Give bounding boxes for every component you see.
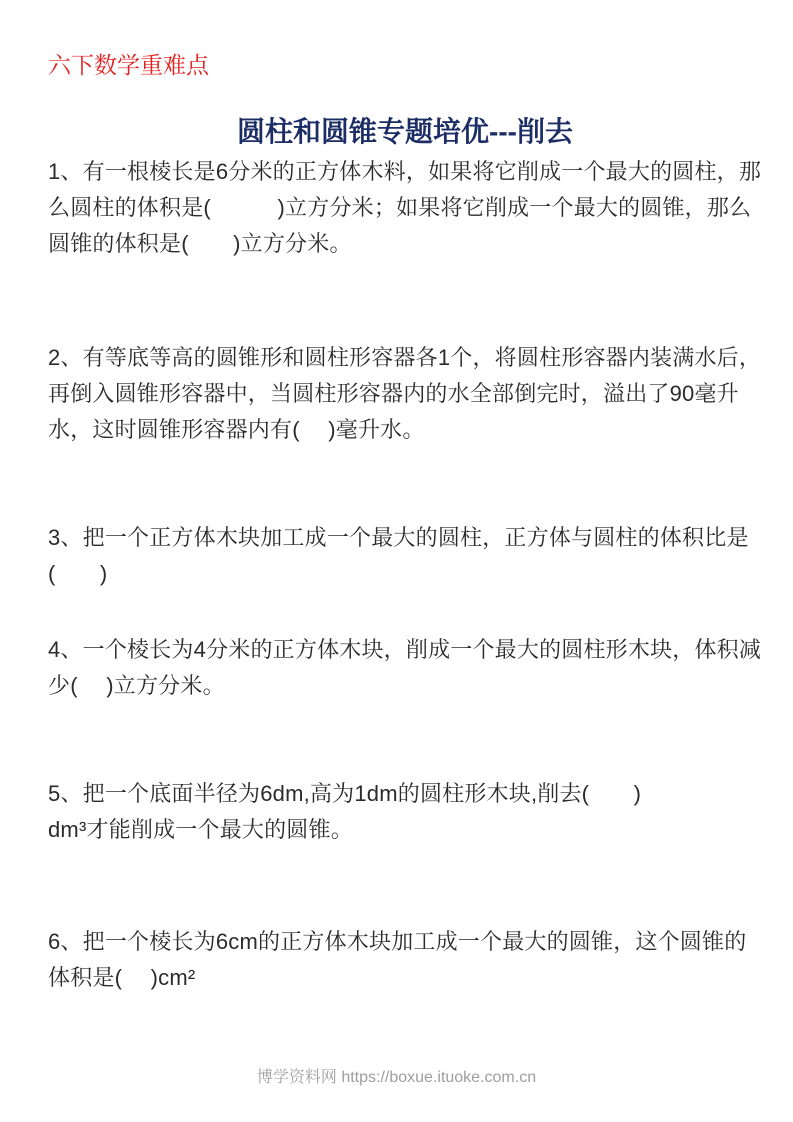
watermark: 博学资料网 https://boxue.ituoke.com.cn: [0, 1068, 793, 1088]
question-line: 2、有等底等高的圆锥形和圆柱形容器各1个，将圆柱形容器内装满水后，: [48, 340, 762, 376]
question-1: 1、有一根棱长是6分米的正方体木料，如果将它削成一个最大的圆柱，那 么圆柱的体积…: [48, 154, 762, 262]
question-line: dm³才能削成一个最大的圆锥。: [48, 812, 762, 848]
page-content: 六下数学重难点 圆柱和圆锥专题培优---削去 1、有一根棱长是6分米的正方体木料…: [0, 0, 793, 996]
page-title: 圆柱和圆锥专题培优---削去: [48, 112, 762, 152]
worksheet-page: 六下数学重难点 圆柱和圆锥专题培优---削去 1、有一根棱长是6分米的正方体木料…: [0, 0, 793, 1122]
question-line: ( ): [48, 556, 762, 592]
corner-tag-label: 六下数学重难点: [48, 0, 762, 80]
question-line: 4、一个棱长为4分米的正方体木块，削成一个最大的圆柱形木块，体积减: [48, 632, 762, 668]
question-4: 4、一个棱长为4分米的正方体木块，削成一个最大的圆柱形木块，体积减 少( )立方…: [48, 632, 762, 704]
question-6: 6、把一个棱长为6cm的正方体木块加工成一个最大的圆锥，这个圆锥的 体积是( )…: [48, 924, 762, 996]
question-line: 5、把一个底面半径为6dm,高为1dm的圆柱形木块,削去( ): [48, 776, 762, 812]
question-line: 体积是( )cm²: [48, 960, 762, 996]
question-line: 么圆柱的体积是( )立方分米；如果将它削成一个最大的圆锥，那么: [48, 190, 762, 226]
question-5: 5、把一个底面半径为6dm,高为1dm的圆柱形木块,削去( ) dm³才能削成一…: [48, 776, 762, 848]
question-line: 3、把一个正方体木块加工成一个最大的圆柱，正方体与圆柱的体积比是: [48, 520, 762, 556]
question-line: 少( )立方分米。: [48, 668, 762, 704]
question-line: 再倒入圆锥形容器中，当圆柱形容器内的水全部倒完时，溢出了90毫升: [48, 376, 762, 412]
question-line: 1、有一根棱长是6分米的正方体木料，如果将它削成一个最大的圆柱，那: [48, 154, 762, 190]
question-3: 3、把一个正方体木块加工成一个最大的圆柱，正方体与圆柱的体积比是 ( ): [48, 520, 762, 592]
question-line: 圆锥的体积是( )立方分米。: [48, 226, 762, 262]
question-line: 6、把一个棱长为6cm的正方体木块加工成一个最大的圆锥，这个圆锥的: [48, 924, 762, 960]
question-line: 水，这时圆锥形容器内有( )毫升水。: [48, 412, 762, 448]
question-2: 2、有等底等高的圆锥形和圆柱形容器各1个，将圆柱形容器内装满水后， 再倒入圆锥形…: [48, 340, 762, 448]
